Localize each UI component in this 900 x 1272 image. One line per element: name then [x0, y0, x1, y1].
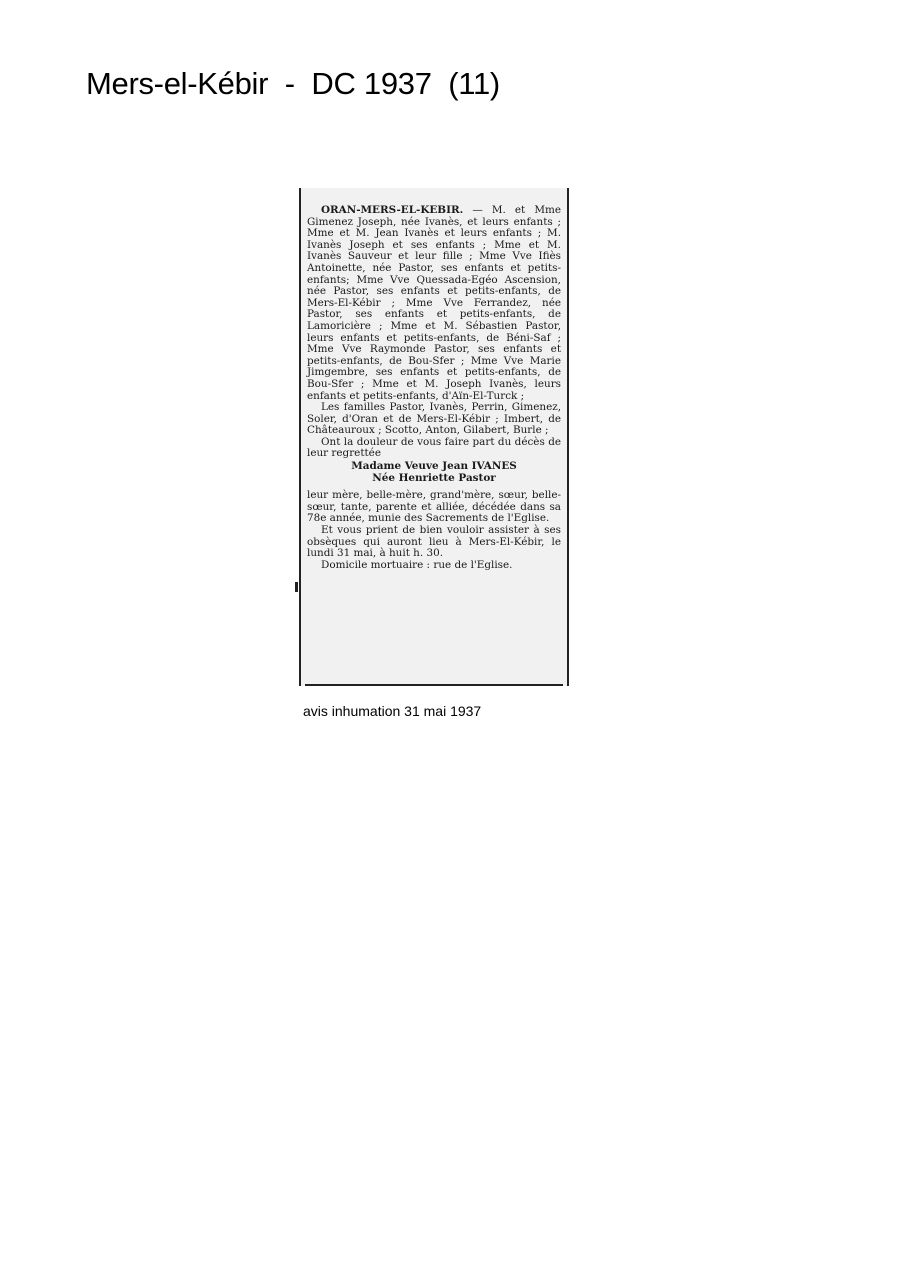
announcement-paragraph: Ont la douleur de vous faire part du déc…	[307, 437, 561, 460]
invitation-paragraph: Et vous prient de bien vouloir assister …	[307, 525, 561, 560]
families-paragraph: Les familles Pastor, Ivanès, Perrin, Gim…	[307, 402, 561, 437]
address-paragraph: Domicile mortuaire : rue de l'Eglise.	[307, 560, 561, 572]
margin-mark	[295, 582, 298, 592]
intro-paragraph: ORAN-MERS-EL-KEBIR. — M. et Mme Gimenez …	[307, 205, 561, 402]
newspaper-clipping: ORAN-MERS-EL-KEBIR. — M. et Mme Gimenez …	[299, 188, 569, 686]
clipping-caption: avis inhumation 31 mai 1937	[303, 703, 481, 719]
clipping-text: ORAN-MERS-EL-KEBIR. — M. et Mme Gimenez …	[307, 205, 561, 571]
page-title: Mers-el-Kébir - DC 1937 (11)	[86, 66, 500, 102]
relations-paragraph: leur mère, belle-mère, grand'mère, sœur,…	[307, 490, 561, 525]
deceased-name: Madame Veuve Jean IVANES	[351, 460, 517, 472]
clipping-heading: ORAN-MERS-EL-KEBIR.	[321, 204, 463, 216]
deceased-block: Madame Veuve Jean IVANESNée Henriette Pa…	[307, 461, 561, 484]
deceased-maiden-name: Née Henriette Pastor	[372, 472, 496, 484]
intro-text: — M. et Mme Gimenez Joseph, née Ivanès, …	[307, 204, 561, 402]
